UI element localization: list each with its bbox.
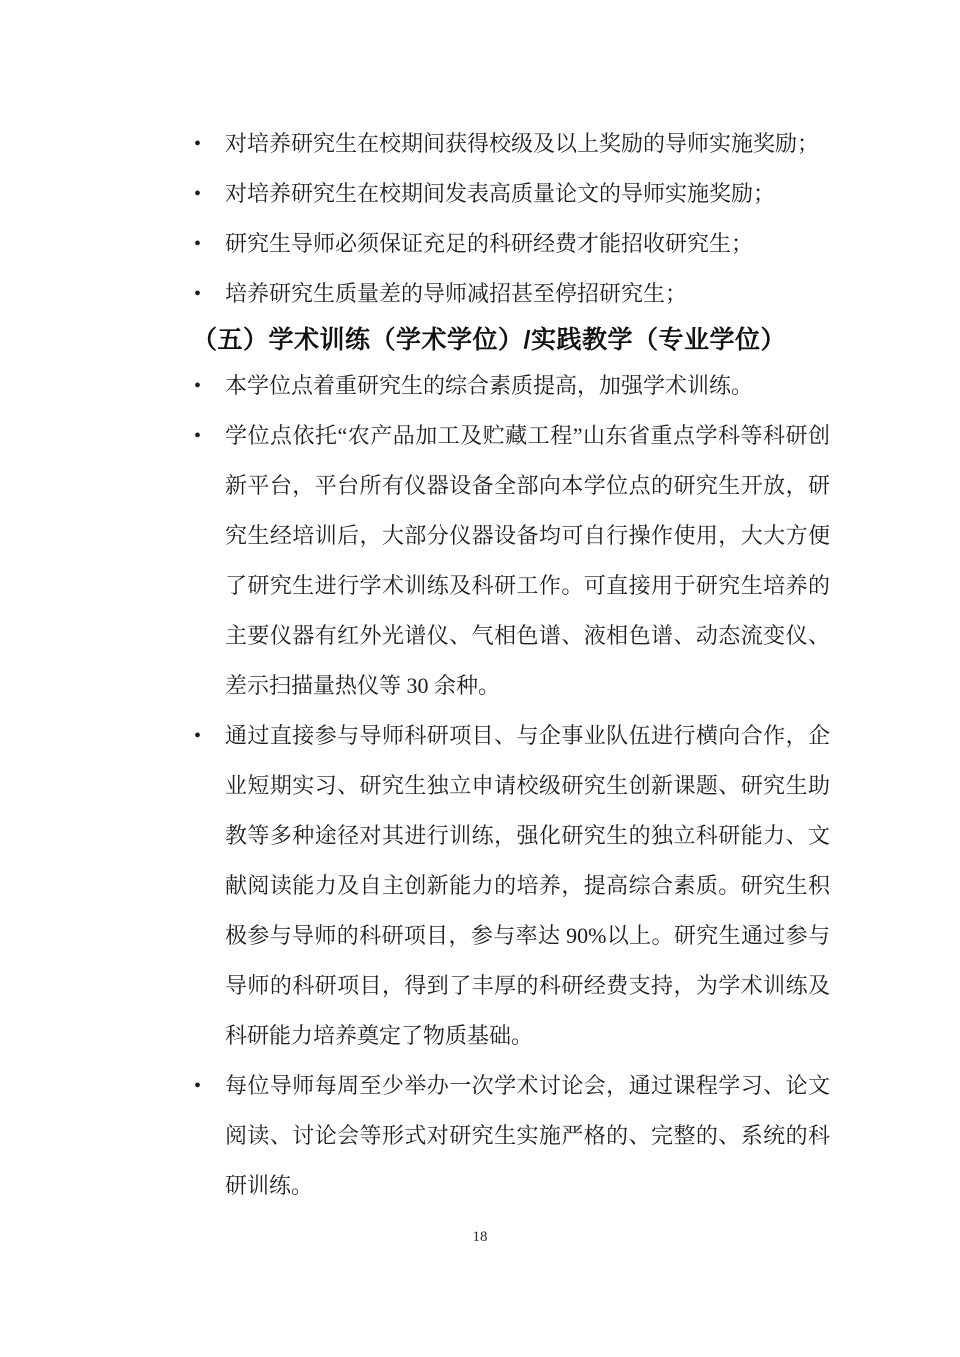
bullet-icon: • — [194, 219, 216, 269]
page-number: 18 — [0, 1227, 960, 1247]
intro-bullet-list: •对培养研究生在校期间获得校级及以上奖励的导师实施奖励；•对培养研究生在校期间发… — [190, 119, 830, 319]
bullet-icon: • — [194, 361, 216, 411]
bullet-icon: • — [194, 711, 216, 761]
bullet-icon: • — [194, 1061, 216, 1111]
section-bullet-list: •本学位点着重研究生的综合素质提高，加强学术训练。•学位点依托“农产品加工及贮藏… — [190, 361, 830, 1211]
list-item: •对培养研究生在校期间获得校级及以上奖励的导师实施奖励； — [190, 119, 830, 169]
bullet-text: 学位点依托“农产品加工及贮藏工程”山东省重点学科等科研创新平台，平台所有仪器设备… — [225, 423, 830, 698]
bullet-text: 对培养研究生在校期间发表高质量论文的导师实施奖励； — [225, 181, 775, 206]
list-item: •学位点依托“农产品加工及贮藏工程”山东省重点学科等科研创新平台，平台所有仪器设… — [190, 411, 830, 711]
list-item: •通过直接参与导师科研项目、与企事业队伍进行横向合作，企业短期实习、研究生独立申… — [190, 711, 830, 1061]
list-item: •研究生导师必须保证充足的科研经费才能招收研究生； — [190, 219, 830, 269]
list-item: •对培养研究生在校期间发表高质量论文的导师实施奖励； — [190, 169, 830, 219]
bullet-text: 对培养研究生在校期间获得校级及以上奖励的导师实施奖励； — [225, 131, 819, 156]
list-item: •培养研究生质量差的导师减招甚至停招研究生； — [190, 269, 830, 319]
bullet-text: 每位导师每周至少举办一次学术讨论会，通过课程学习、论文阅读、讨论会等形式对研究生… — [225, 1073, 830, 1198]
bullet-text: 通过直接参与导师科研项目、与企事业队伍进行横向合作，企业短期实习、研究生独立申请… — [225, 723, 830, 1048]
bullet-icon: • — [194, 119, 216, 169]
bullet-icon: • — [194, 169, 216, 219]
bullet-text: 研究生导师必须保证充足的科研经费才能招收研究生； — [225, 231, 753, 256]
document-page: •对培养研究生在校期间获得校级及以上奖励的导师实施奖励；•对培养研究生在校期间发… — [0, 0, 960, 1357]
list-item: •本学位点着重研究生的综合素质提高，加强学术训练。 — [190, 361, 830, 411]
list-item: •每位导师每周至少举办一次学术讨论会，通过课程学习、论文阅读、讨论会等形式对研究… — [190, 1061, 830, 1211]
bullet-text: 培养研究生质量差的导师减招甚至停招研究生； — [225, 281, 687, 306]
content-area: •对培养研究生在校期间获得校级及以上奖励的导师实施奖励；•对培养研究生在校期间发… — [190, 119, 830, 1211]
bullet-icon: • — [194, 269, 216, 319]
bullet-icon: • — [194, 411, 216, 461]
section-heading: （五）学术训练（学术学位）/实践教学（专业学位） — [192, 319, 830, 361]
bullet-text: 本学位点着重研究生的综合素质提高，加强学术训练。 — [225, 373, 753, 398]
